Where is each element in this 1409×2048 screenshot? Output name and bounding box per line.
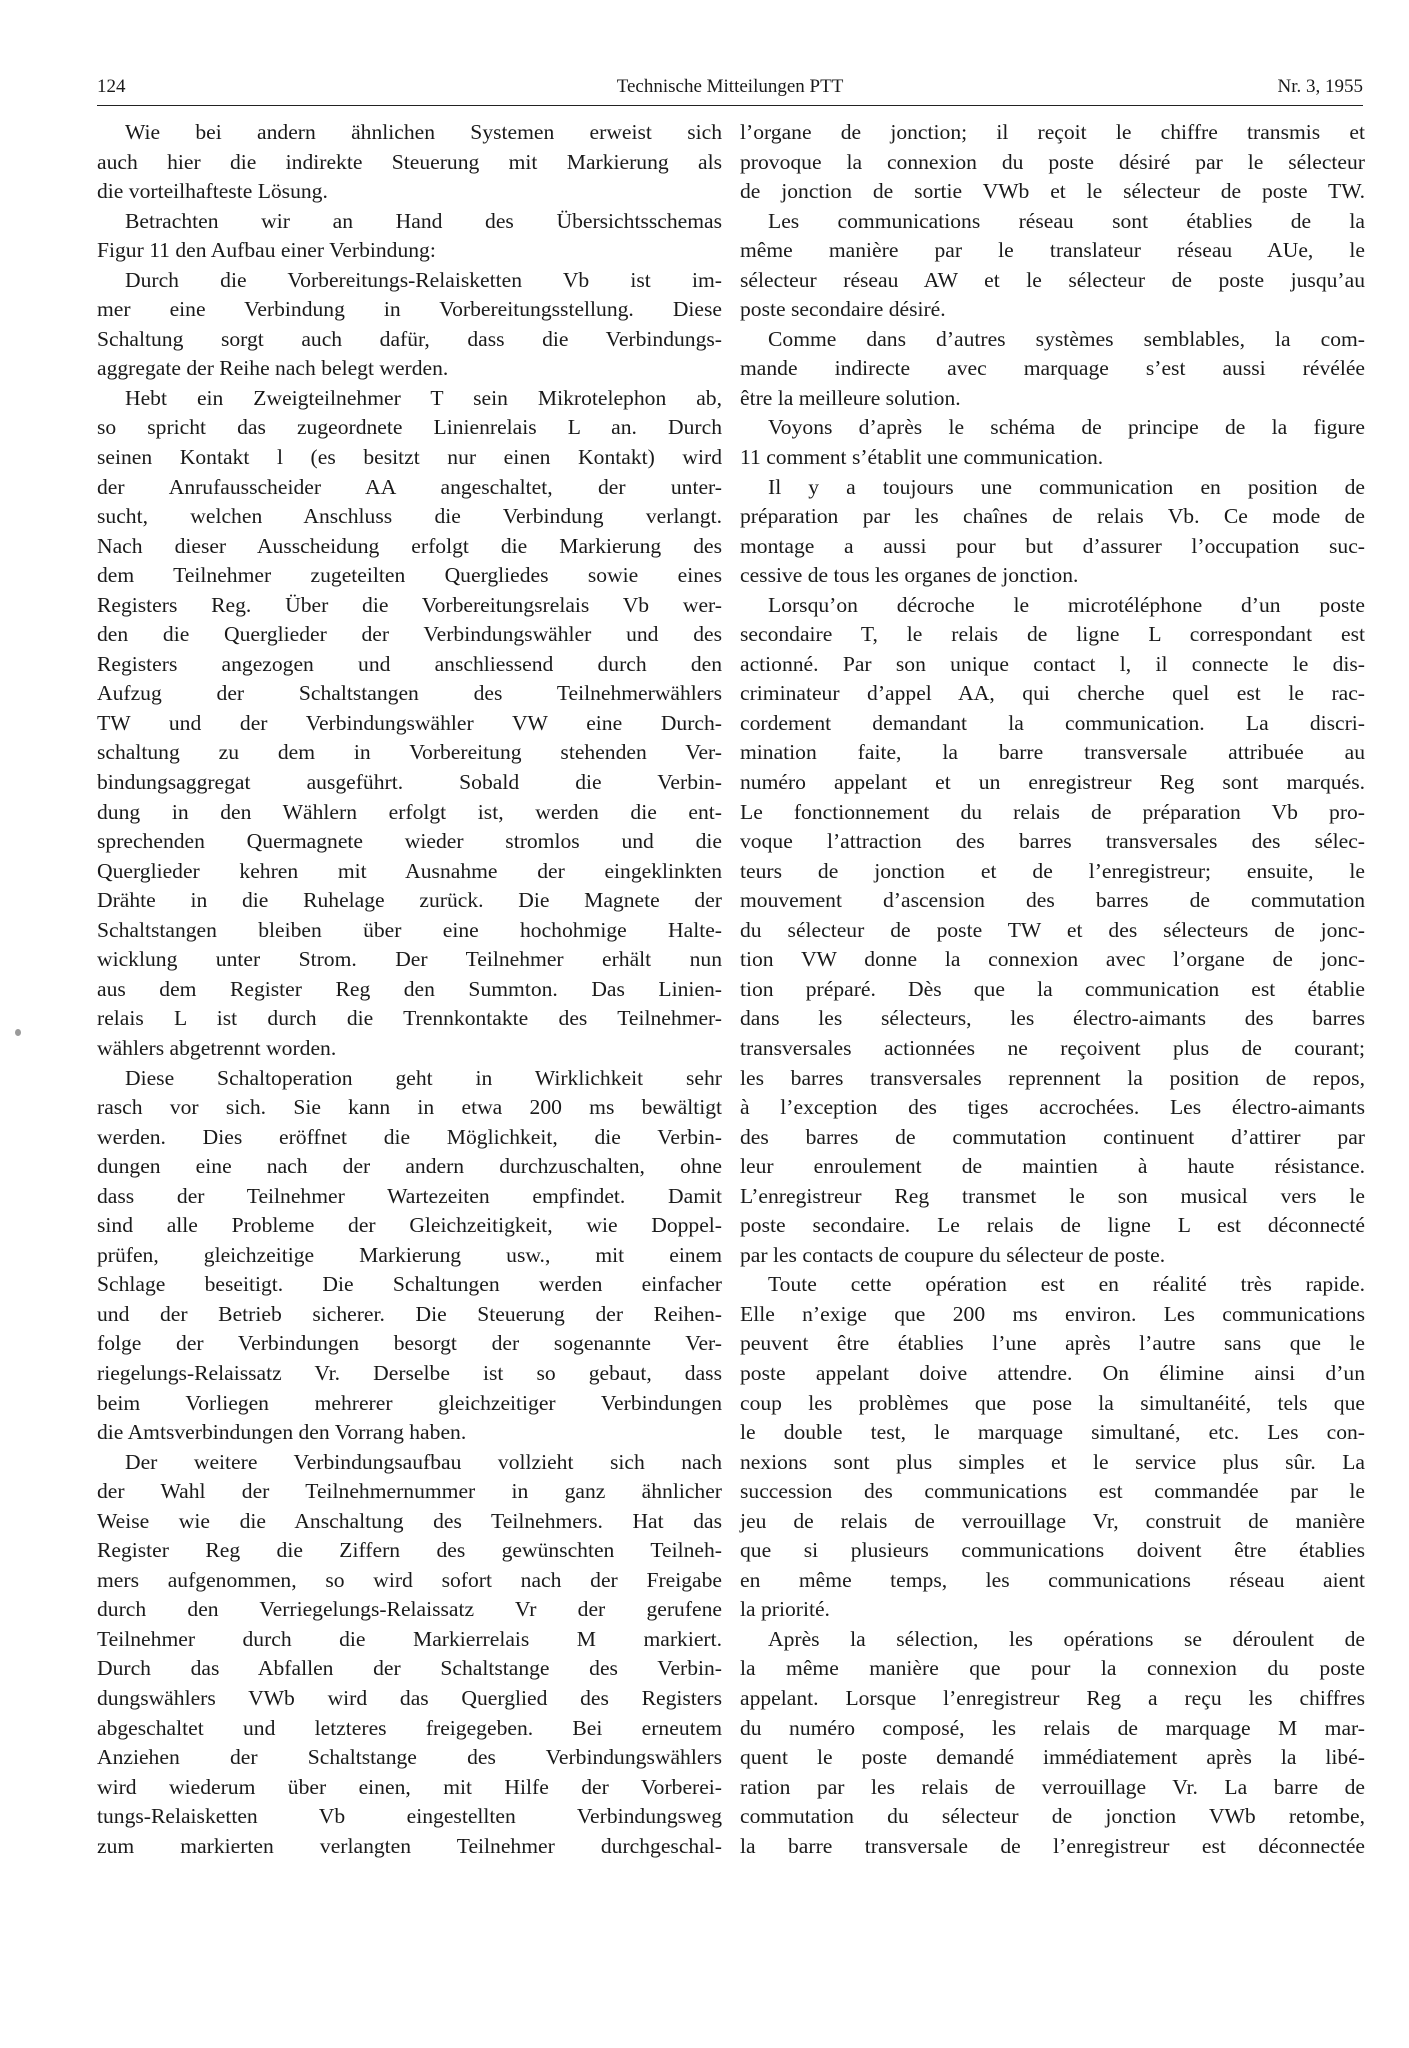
issue-label: Nr. 3, 1955 xyxy=(1278,76,1364,98)
text-line: cessive de tous les organes de jonction. xyxy=(740,561,1365,591)
text-line: poste secondaire désiré. xyxy=(740,295,1365,325)
text-line: Hebt ein Zweigteilnehmer T sein Mikrotel… xyxy=(97,384,722,414)
text-line: Voyons d’après le schéma de principe de … xyxy=(740,413,1365,443)
text-line: Teilnehmer durch die Markierrelais M mar… xyxy=(97,1625,722,1655)
text-line: Nach dieser Ausscheidung erfolgt die Mar… xyxy=(97,532,722,562)
text-line: être la meilleure solution. xyxy=(740,384,1365,414)
text-line: tungs-Relaisketten Vb eingestellten Verb… xyxy=(97,1802,722,1832)
text-line: provoque la connexion du poste désiré pa… xyxy=(740,148,1365,178)
text-line: la barre transversale de l’enregistreur … xyxy=(740,1832,1365,1862)
text-line: de jonction de sortie VWb et le sélecteu… xyxy=(740,177,1365,207)
text-line: poste appelant doive attendre. On élimin… xyxy=(740,1359,1365,1389)
text-line: coup les problèmes que pose la simultané… xyxy=(740,1389,1365,1419)
text-line: les barres transversales reprennent la p… xyxy=(740,1064,1365,1094)
text-line: Durch das Abfallen der Schaltstange des … xyxy=(97,1654,722,1684)
text-line: Register Reg die Ziffern des gewünschten… xyxy=(97,1536,722,1566)
text-line: commutation du sélecteur de jonction VWb… xyxy=(740,1802,1365,1832)
text-line: nexions sont plus simples et le service … xyxy=(740,1448,1365,1478)
text-line: durch den Verriegelungs-Relaissatz Vr de… xyxy=(97,1595,722,1625)
text-line: wicklung unter Strom. Der Teilnehmer erh… xyxy=(97,945,722,975)
text-line: Drähte in die Ruhelage zurück. Die Magne… xyxy=(97,886,722,916)
text-line: du numéro composé, les relais de marquag… xyxy=(740,1714,1365,1744)
text-line: dem Teilnehmer zugeteilten Quergliedes s… xyxy=(97,561,722,591)
text-line: seinen Kontakt l (es besitzt nur einen K… xyxy=(97,443,722,473)
text-line: criminateur d’appel AA, qui cherche quel… xyxy=(740,679,1365,709)
text-line: Anziehen der Schaltstange des Verbindung… xyxy=(97,1743,722,1773)
text-line: montage a aussi pour but d’assurer l’occ… xyxy=(740,532,1365,562)
text-line: même manière par le translateur réseau A… xyxy=(740,236,1365,266)
text-line: en même temps, les communications réseau… xyxy=(740,1566,1365,1596)
text-line: mer eine Verbindung in Vorbereitungsstel… xyxy=(97,295,722,325)
text-line: Betrachten wir an Hand des Übersichtssch… xyxy=(97,207,722,237)
text-line: préparation par les chaînes de relais Vb… xyxy=(740,502,1365,532)
text-line: mination faite, la barre transversale at… xyxy=(740,738,1365,768)
text-line: L’enregistreur Reg transmet le son music… xyxy=(740,1182,1365,1212)
text-line: Elle n’exige que 200 ms environ. Les com… xyxy=(740,1300,1365,1330)
text-line: wählers abgetrennt worden. xyxy=(97,1034,722,1064)
text-line: sind alle Probleme der Gleichzeitigkeit,… xyxy=(97,1211,722,1241)
text-line: bindungsaggregat ausgeführt. Sobald die … xyxy=(97,768,722,798)
text-line: secondaire T, le relais de ligne L corre… xyxy=(740,620,1365,650)
text-line: Aufzug der Schaltstangen des Teilnehmerw… xyxy=(97,679,722,709)
text-line: dung in den Wählern erfolgt ist, werden … xyxy=(97,798,722,828)
text-line: le double test, le marquage simultané, e… xyxy=(740,1418,1365,1448)
text-line: schaltung zu dem in Vorbereitung stehend… xyxy=(97,738,722,768)
text-line: sucht, welchen Anschluss die Verbindung … xyxy=(97,502,722,532)
text-line: rasch vor sich. Sie kann in etwa 200 ms … xyxy=(97,1093,722,1123)
text-line: par les contacts de coupure du sélecteur… xyxy=(740,1241,1365,1271)
margin-dot xyxy=(15,1029,21,1036)
text-line: tion VW donne la connexion avec l’organe… xyxy=(740,945,1365,975)
column-german: Wie bei andern ähnlichen Systemen erweis… xyxy=(97,118,722,1861)
text-line: und der Betrieb sicherer. Die Steuerung … xyxy=(97,1300,722,1330)
text-line: transversales actionnées ne reçoivent pl… xyxy=(740,1034,1365,1064)
text-line: mande indirecte avec marquage s’est auss… xyxy=(740,354,1365,384)
text-line: Weise wie die Anschaltung des Teilnehmer… xyxy=(97,1507,722,1537)
text-line: dungen eine nach der andern durchzuschal… xyxy=(97,1152,722,1182)
text-line: la priorité. xyxy=(740,1595,1365,1625)
text-line: Le fonctionnement du relais de préparati… xyxy=(740,798,1365,828)
text-line: dass der Teilnehmer Wartezeiten empfinde… xyxy=(97,1182,722,1212)
column-french: l’organe de jonction; il reçoit le chiff… xyxy=(740,118,1365,1861)
text-line: sélecteur réseau AW et le sélecteur de p… xyxy=(740,266,1365,296)
text-line: quent le poste demandé immédiatement apr… xyxy=(740,1743,1365,1773)
text-line: Lorsqu’on décroche le microtéléphone d’u… xyxy=(740,591,1365,621)
text-line: abgeschaltet und letzteres freigegeben. … xyxy=(97,1714,722,1744)
text-line: die vorteilhafteste Lösung. xyxy=(97,177,722,207)
text-line: Diese Schaltoperation geht in Wirklichke… xyxy=(97,1064,722,1094)
text-line: à l’exception des tiges accrochées. Les … xyxy=(740,1093,1365,1123)
text-line: Il y a toujours une communication en pos… xyxy=(740,473,1365,503)
text-line: que si plusieurs communications doivent … xyxy=(740,1536,1365,1566)
text-line: mouvement d’ascension des barres de comm… xyxy=(740,886,1365,916)
text-line: dans les sélecteurs, les électro-aimants… xyxy=(740,1004,1365,1034)
text-line: zum markierten verlangten Teilnehmer dur… xyxy=(97,1832,722,1862)
text-line: la même manière que pour la connexion du… xyxy=(740,1654,1365,1684)
text-line: poste secondaire. Le relais de ligne L e… xyxy=(740,1211,1365,1241)
text-line: prüfen, gleichzeitige Markierung usw., m… xyxy=(97,1241,722,1271)
text-line: Registers Reg. Über die Vorbereitungsrel… xyxy=(97,591,722,621)
text-line: Querglieder kehren mit Ausnahme der eing… xyxy=(97,857,722,887)
text-line: succession des communications est comman… xyxy=(740,1477,1365,1507)
text-line: die Amtsverbindungen den Vorrang haben. xyxy=(97,1418,722,1448)
text-line: Figur 11 den Aufbau einer Verbindung: xyxy=(97,236,722,266)
text-line: Schaltung sorgt auch dafür, dass die Ver… xyxy=(97,325,722,355)
running-header: 124 Technische Mitteilungen PTT Nr. 3, 1… xyxy=(97,76,1363,100)
text-line: Schlage beseitigt. Die Schaltungen werde… xyxy=(97,1270,722,1300)
text-line: cordement demandant la communication. La… xyxy=(740,709,1365,739)
text-line: leur enroulement de maintien à haute rés… xyxy=(740,1152,1365,1182)
text-line: aggregate der Reihe nach belegt werden. xyxy=(97,354,722,384)
text-line: jeu de relais de verrouillage Vr, constr… xyxy=(740,1507,1365,1537)
text-line: ration par les relais de verrouillage Vr… xyxy=(740,1773,1365,1803)
text-line: des barres de commutation continuent d’a… xyxy=(740,1123,1365,1153)
text-line: Durch die Vorbereitungs-Relaisketten Vb … xyxy=(97,266,722,296)
text-line: tion préparé. Dès que la communication e… xyxy=(740,975,1365,1005)
text-line: riegelungs-Relaissatz Vr. Derselbe ist s… xyxy=(97,1359,722,1389)
text-line: beim Vorliegen mehrerer gleichzeitiger V… xyxy=(97,1389,722,1419)
text-line: l’organe de jonction; il reçoit le chiff… xyxy=(740,118,1365,148)
text-line: Der weitere Verbindungsaufbau vollzieht … xyxy=(97,1448,722,1478)
text-line: werden. Dies eröffnet die Möglichkeit, d… xyxy=(97,1123,722,1153)
text-line: voque l’attraction des barres transversa… xyxy=(740,827,1365,857)
text-line: den die Querglieder der Verbindungswähle… xyxy=(97,620,722,650)
text-line: Après la sélection, les opérations se dé… xyxy=(740,1625,1365,1655)
text-line: der Wahl der Teilnehmernummer in ganz äh… xyxy=(97,1477,722,1507)
text-line: Registers angezogen und anschliessend du… xyxy=(97,650,722,680)
text-line: Wie bei andern ähnlichen Systemen erweis… xyxy=(97,118,722,148)
text-line: appelant. Lorsque l’enregistreur Reg a r… xyxy=(740,1684,1365,1714)
text-line: Comme dans d’autres systèmes semblables,… xyxy=(740,325,1365,355)
text-line: teurs de jonction et de l’enregistreur; … xyxy=(740,857,1365,887)
text-line: peuvent être établies l’une après l’autr… xyxy=(740,1329,1365,1359)
text-line: actionné. Par son unique contact l, il c… xyxy=(740,650,1365,680)
text-line: sprechenden Quermagnete wieder stromlos … xyxy=(97,827,722,857)
text-line: aus dem Register Reg den Summton. Das Li… xyxy=(97,975,722,1005)
text-line: relais L ist durch die Trennkontakte des… xyxy=(97,1004,722,1034)
text-line: numéro appelant et un enregistreur Reg s… xyxy=(740,768,1365,798)
text-line: auch hier die indirekte Steuerung mit Ma… xyxy=(97,148,722,178)
text-line: wird wiederum über einen, mit Hilfe der … xyxy=(97,1773,722,1803)
text-line: du sélecteur de poste TW et des sélecteu… xyxy=(740,916,1365,946)
text-line: TW und der Verbindungswähler VW eine Dur… xyxy=(97,709,722,739)
text-line: 11 comment s’établit une communication. xyxy=(740,443,1365,473)
text-line: Toute cette opération est en réalité trè… xyxy=(740,1270,1365,1300)
text-line: der Anrufausscheider AA angeschaltet, de… xyxy=(97,473,722,503)
text-line: Schaltstangen bleiben über eine hochohmi… xyxy=(97,916,722,946)
text-line: so spricht das zugeordnete Linienrelais … xyxy=(97,413,722,443)
header-rule xyxy=(97,105,1363,106)
text-line: Les communications réseau sont établies … xyxy=(740,207,1365,237)
text-line: folge der Verbindungen besorgt der sogen… xyxy=(97,1329,722,1359)
text-line: dungswählers VWb wird das Querglied des … xyxy=(97,1684,722,1714)
text-line: mers aufgenommen, so wird sofort nach de… xyxy=(97,1566,722,1596)
journal-title: Technische Mitteilungen PTT xyxy=(97,76,1363,98)
